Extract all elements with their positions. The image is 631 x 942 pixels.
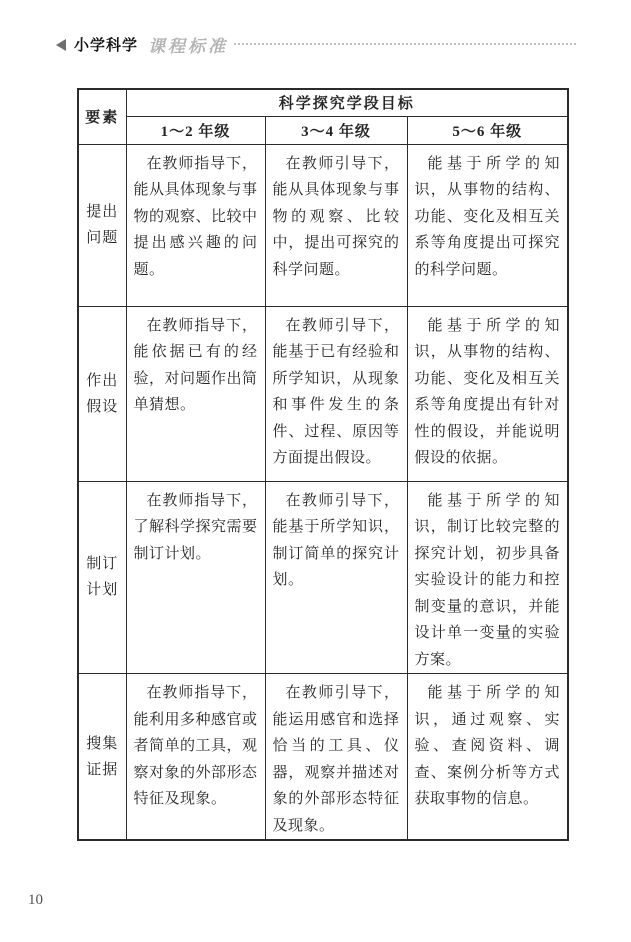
goal-cell: 在教师指导下，能从具体现象与事物的观察、比较中提出感兴趣的问题。 xyxy=(126,144,265,306)
page-number: 10 xyxy=(28,892,43,909)
table-row: 搜集证据 在教师指导下，能利用多种感官或者简单的工具，观察对象的外部形态特征及现… xyxy=(78,674,568,841)
element-column-header: 要素 xyxy=(78,89,126,144)
left-triangle-icon xyxy=(56,39,66,51)
goal-cell: 在教师引导下，能基于已有经验和所学知识，从现象和事件发生的条件、过程、原因等方面… xyxy=(265,306,407,481)
table-header-row-grades: 1～2 年级 3～4 年级 5～6 年级 xyxy=(78,116,568,144)
dotted-divider xyxy=(234,43,576,45)
page-header: 小学科学 课程标准 xyxy=(56,32,576,57)
table-row: 作出假设 在教师指导下，能依据已有的经验，对问题作出简单猜想。 在教师引导下，能… xyxy=(78,306,568,481)
grade-column-header-3-4: 3～4 年级 xyxy=(265,116,407,144)
row-element-label: 提出问题 xyxy=(78,144,126,306)
goal-cell: 能基于所学的知识，从事物的结构、功能、变化及相互关系等角度提出有针对性的假设，并… xyxy=(407,306,568,481)
goal-cell: 在教师指导下，了解科学探究需要制订计划。 xyxy=(126,481,265,674)
goal-cell: 在教师指导下，能依据已有的经验，对问题作出简单猜想。 xyxy=(126,306,265,481)
goal-cell: 在教师引导下，能运用感官和选择恰当的工具、仪器，观察并描述对象的外部形态特征及现… xyxy=(265,674,407,841)
goal-cell: 在教师引导下，能从具体现象与事物的观察、比较中，提出可探究的科学问题。 xyxy=(265,144,407,306)
goals-table: 要素 科学探究学段目标 1～2 年级 3～4 年级 5～6 年级 提出问题 在教… xyxy=(77,88,569,841)
table-header-row-top: 要素 科学探究学段目标 xyxy=(78,89,568,116)
book-title: 小学科学 xyxy=(74,34,138,55)
table-row: 提出问题 在教师指导下，能从具体现象与事物的观察、比较中提出感兴趣的问题。 在教… xyxy=(78,144,568,306)
chapter-subtitle: 课程标准 xyxy=(148,32,228,57)
table-row: 制订计划 在教师指导下，了解科学探究需要制订计划。 在教师引导下，能基于所学知识… xyxy=(78,481,568,674)
goal-cell: 能基于所学的知识，从事物的结构、功能、变化及相互关系等角度提出可探究的科学问题。 xyxy=(407,144,568,306)
goal-cell: 在教师引导下，能基于所学知识，制订简单的探究计划。 xyxy=(265,481,407,674)
goal-cell: 能基于所学的知识，通过观察、实验、查阅资料、调查、案例分析等方式获取事物的信息。 xyxy=(407,674,568,841)
document-page: 小学科学 课程标准 要素 科学探究学段目标 1～2 年级 3～4 年级 5～6 … xyxy=(0,0,631,942)
grade-column-header-5-6: 5～6 年级 xyxy=(407,116,568,144)
row-element-label: 制订计划 xyxy=(78,481,126,674)
row-element-label: 作出假设 xyxy=(78,306,126,481)
table-title-cell: 科学探究学段目标 xyxy=(126,89,568,116)
goal-cell: 在教师指导下，能利用多种感官或者简单的工具，观察对象的外部形态特征及现象。 xyxy=(126,674,265,841)
grade-column-header-1-2: 1～2 年级 xyxy=(126,116,265,144)
row-element-label: 搜集证据 xyxy=(78,674,126,841)
goal-cell: 能基于所学的知识，制订比较完整的探究计划，初步具备实验设计的能力和控制变量的意识… xyxy=(407,481,568,674)
